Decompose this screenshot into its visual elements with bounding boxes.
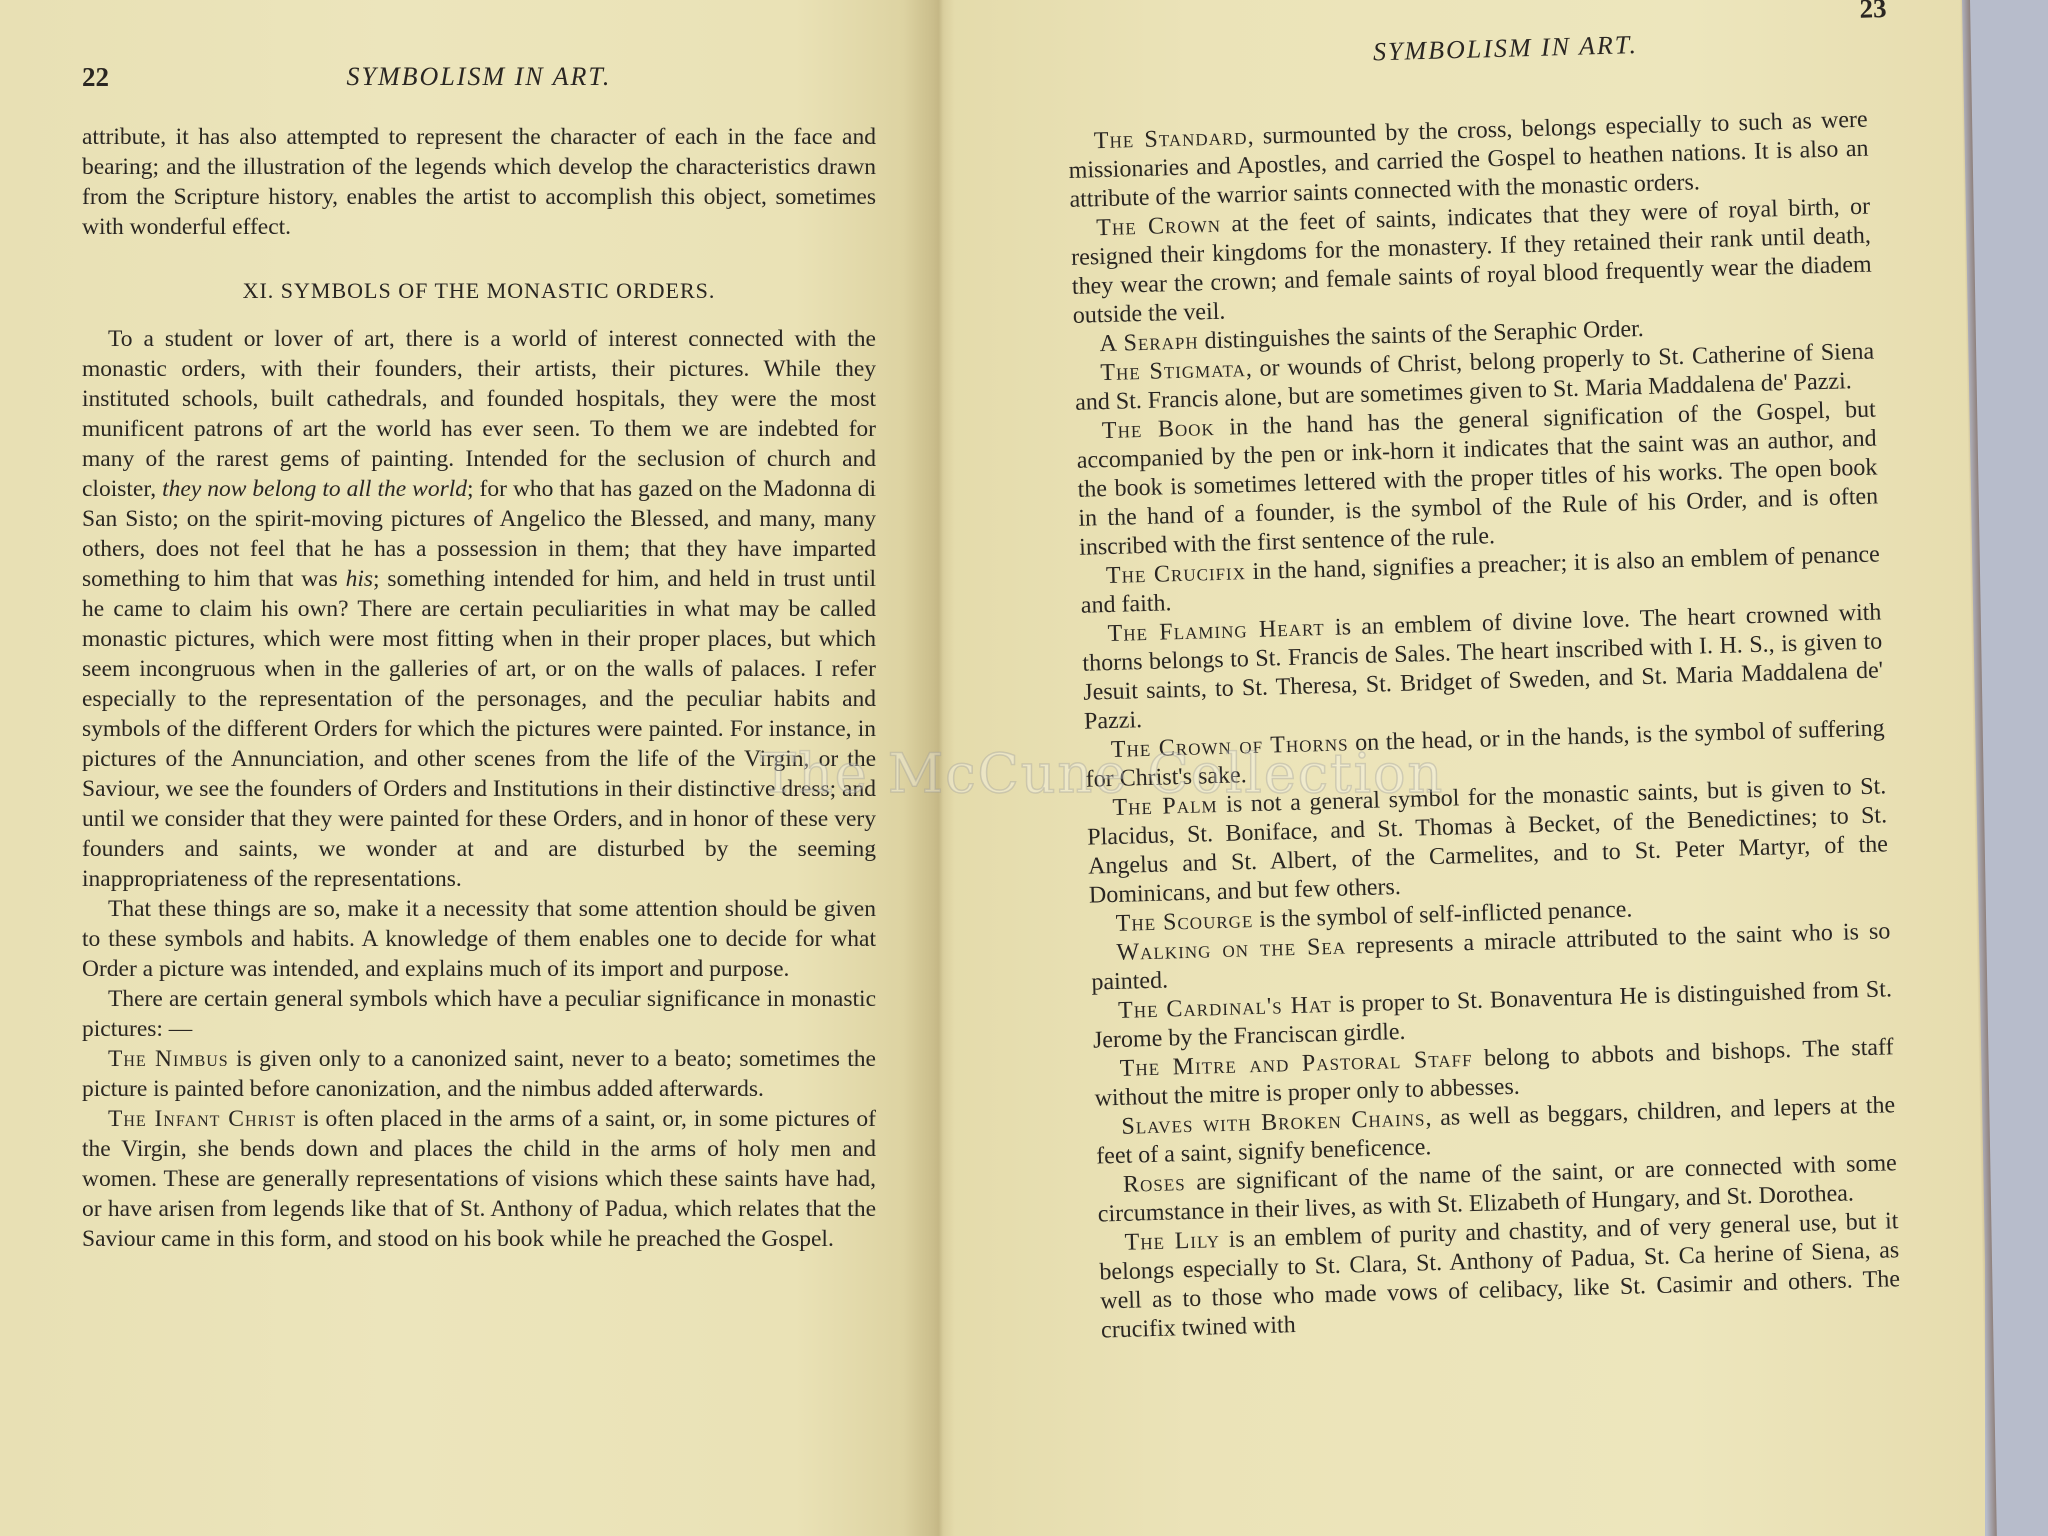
symbol-entry: The Flaming Heart is an emblem of divine… [1081,598,1884,736]
text-run: ; something intended for him, and held i… [82,566,876,892]
section-heading: XI. SYMBOLS OF THE MONASTIC ORDERS. [82,276,876,306]
italic-text: they now belong to all the world [162,476,467,502]
symbol-term: The Scourge [1115,907,1253,937]
symbol-term: The Crown of Thorns [1111,730,1349,763]
right-page: SYMBOLISM IN ART. 23 The Standard, surmo… [1065,16,1901,1346]
symbol-description: is an emblem of purity and chastity, and… [1099,1208,1900,1343]
symbol-term: Walking on the Sea [1116,934,1346,966]
symbol-term: The Cardinal's Hat [1118,992,1332,1024]
symbol-entry: The Crown at the feet of saints, indicat… [1070,193,1873,331]
symbol-term: The Stigmata [1100,356,1246,386]
paragraph: To a student or lover of art, there is a… [82,324,876,894]
symbol-term: The Lily [1124,1227,1220,1256]
opening-paragraph: attribute, it has also attempted to repr… [82,122,876,242]
symbol-term: The Standard [1094,124,1248,154]
left-page: 22 SYMBOLISM IN ART. attribute, it has a… [82,0,876,1254]
symbol-term: The Palm [1112,792,1218,821]
page-number: 23 [1859,0,1887,25]
symbol-term: The Crucifix [1106,559,1247,589]
paragraph: That these things are so, make it a nece… [82,894,876,984]
symbol-entry: The Nimbus is given only to a canonized … [82,1044,876,1104]
symbol-entry: The Book in the hand has the general sig… [1076,396,1880,563]
body-text: attribute, it has also attempted to repr… [82,122,876,1254]
symbol-entry: The Lily is an emblem of purity and chas… [1098,1207,1901,1345]
running-title: SYMBOLISM IN ART. [82,62,876,92]
symbol-term: The Book [1102,415,1215,444]
running-head: 22 SYMBOLISM IN ART. [82,62,876,122]
paragraph: There are certain general symbols which … [82,984,876,1044]
symbol-term: A Seraph [1099,328,1199,357]
symbol-term: The Infant Christ [108,1106,296,1132]
symbol-entry: The Palm is not a general symbol for the… [1086,772,1889,910]
symbol-entry: The Infant Christ is often placed in the… [82,1104,876,1254]
symbol-term: The Flaming Heart [1107,615,1325,647]
body-text: The Standard, surmounted by the cross, b… [1068,106,1902,1346]
symbol-term: The Nimbus [108,1046,229,1072]
symbol-term: The Crown [1096,212,1221,241]
italic-text: his [346,566,373,592]
book-gutter [925,0,955,1536]
symbol-term: Roses [1123,1170,1186,1198]
